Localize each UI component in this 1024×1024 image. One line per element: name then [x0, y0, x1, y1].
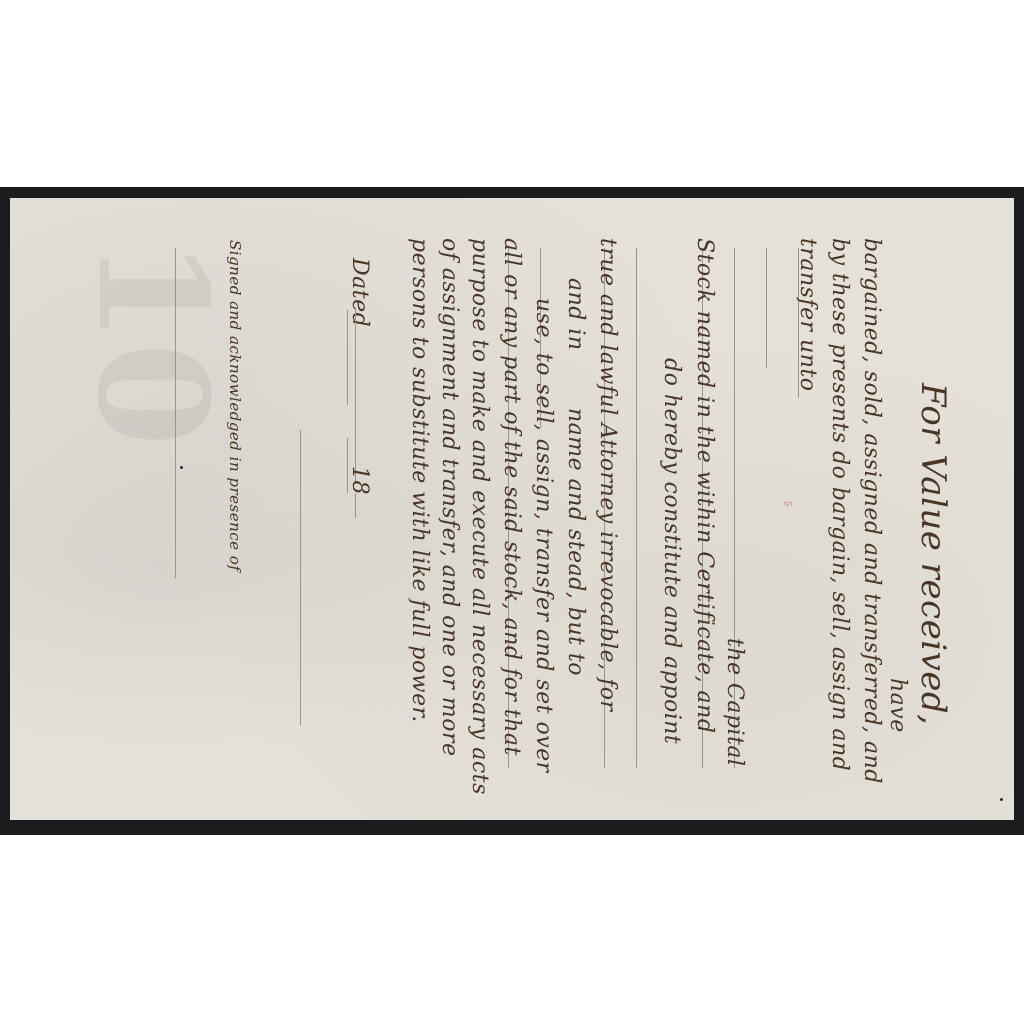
text-line: transfer unto — [796, 238, 818, 392]
text-line: have — [886, 678, 908, 733]
signature-caption: Signed and acknowledged in presence of — [227, 240, 242, 571]
blank-line — [300, 430, 301, 725]
show-through-ghost: 10 — [64, 238, 240, 447]
blank-line — [636, 248, 637, 768]
blank-line — [175, 248, 176, 578]
text-line: name and stead, but to — [564, 408, 586, 676]
text-line: the Capital — [723, 638, 745, 767]
red-ink-mark: ʂ — [786, 501, 796, 511]
text-line: bargained, sold, assigned and transferre… — [860, 238, 882, 784]
text-line: Stock named in the within Certificate, a… — [693, 238, 715, 733]
certificate-back-paper: 10 For Value received, have bargained, s… — [10, 198, 1014, 820]
heading-for-value-received: For Value received, — [916, 383, 950, 725]
dated-blank — [355, 310, 356, 482]
text-line: persons to substitute with like full pow… — [408, 238, 430, 723]
speck — [180, 466, 183, 469]
text-line: and in — [564, 278, 586, 351]
text-line: by these presents do bargain, sell, assi… — [828, 238, 850, 771]
year-prefix: 18 — [348, 466, 370, 495]
speck — [1000, 798, 1003, 801]
text-line: purpose to make and execute all necessar… — [468, 238, 490, 795]
text-line: all or any part of the said stock, and f… — [500, 238, 522, 756]
dated-label: Dated — [348, 258, 370, 327]
year-blank — [355, 493, 356, 518]
text-line: do hereby constitute and appoint — [660, 358, 682, 744]
text-line: of assignment and transfer, and one or m… — [438, 238, 460, 756]
blank-line — [766, 248, 767, 368]
text-line: use, to sell, assign, transfer and set o… — [532, 298, 554, 773]
text-line: true and lawful Attorney irrevocable, fo… — [596, 238, 618, 712]
